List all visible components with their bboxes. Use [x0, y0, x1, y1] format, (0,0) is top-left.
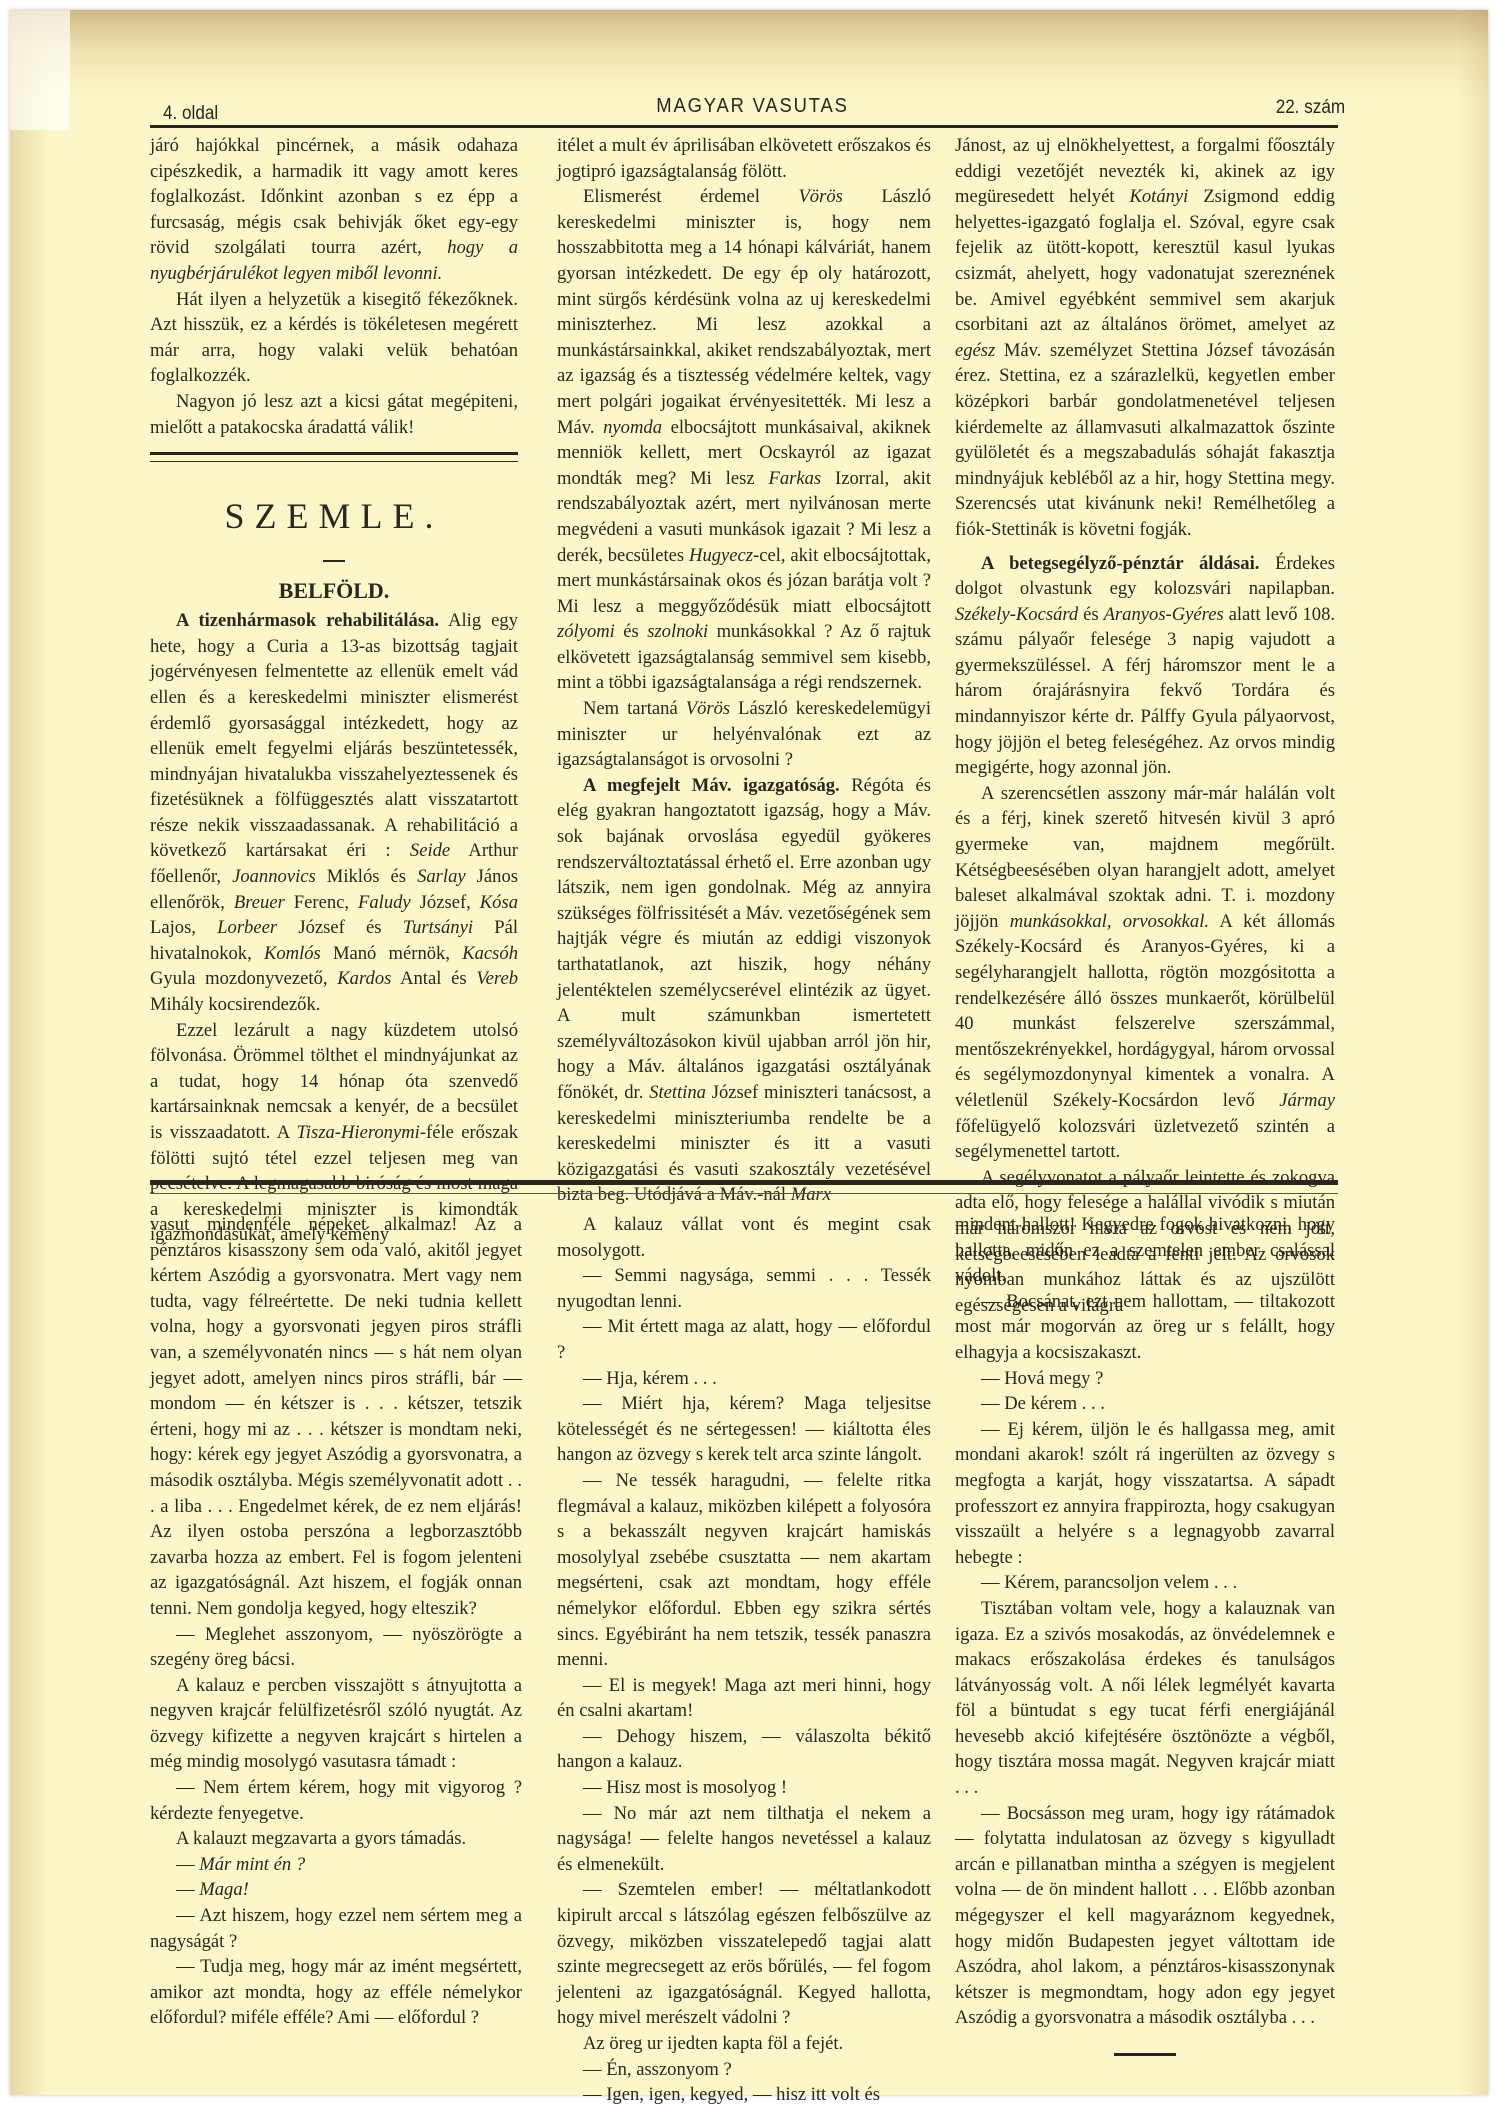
column-5: A kalauz vállat vont és megint csak moso…: [557, 1212, 931, 2105]
paragraph: — Miért hja, kérem? Maga teljesitse köte…: [557, 1391, 931, 1468]
section-title: SZEMLE.: [150, 496, 518, 536]
paragraph: — Mit értett maga az alatt, hogy — előfo…: [557, 1314, 931, 1365]
person-surname: Vereb: [476, 968, 518, 989]
paragraph: — Ej kérem, üljön le és hallgassa meg, a…: [955, 1417, 1335, 1571]
paragraph: itélet a mult év áprilisában elkövetett …: [557, 133, 931, 184]
person-surname: Seide: [410, 840, 450, 861]
person-surname: Lorbeer: [217, 917, 277, 938]
paragraph: — Semmi nagysága, semmi . . . Tessék nyu…: [557, 1263, 931, 1314]
paragraph: — Tudja meg, hogy már az imént megsértet…: [150, 1954, 522, 2031]
section-divider: [150, 1180, 1338, 1194]
issue-number: 22. szám: [1276, 97, 1345, 119]
person-surname: Turtsányi: [403, 917, 473, 938]
article-mav-directorate: A megfejelt Máv. igazgatóság. Régóta és …: [557, 773, 931, 1208]
person-surname: Komlós: [264, 943, 321, 964]
paragraph: — Szemtelen ember! — méltatlankodott kip…: [557, 1877, 931, 2031]
person-surname: Joannovics: [232, 866, 316, 887]
article-title: A tizenhármasok rehabilitálása.: [176, 610, 439, 631]
person-surname: Kacsóh: [462, 943, 518, 964]
paragraph: A szerencsétlen asszony már-már halálán …: [955, 781, 1335, 1165]
article-title: A megfejelt Máv. igazgatóság.: [583, 775, 840, 796]
paragraph: járó hajókkal pincérnek, a másik odahaza…: [150, 133, 518, 287]
paragraph: — Bocsásson meg uram, hogy igy rátámadok…: [955, 1801, 1335, 2031]
paragraph: Elismerést érdemel Vörös László keresked…: [557, 184, 931, 696]
paragraph: vasut mindenféle népeket alkalmaz! Az a …: [150, 1212, 522, 1622]
paragraph: — Hisz most is mosolyog !: [557, 1775, 931, 1801]
paragraph: — Nem értem kérem, hogy mit vigyorog ? k…: [150, 1775, 522, 1826]
end-rule: [1114, 2053, 1176, 2056]
column-6: mindent hallott! Kegyedre fogok hivatkoz…: [955, 1212, 1335, 2056]
title-dash: [323, 560, 345, 562]
paragraph: A kalauz e percben visszajött s átnyujto…: [150, 1673, 522, 1775]
paragraph: — Bocsánat, ezt nem hallottam, — tiltako…: [955, 1289, 1335, 1366]
article-title: A betegsegélyző-pénztár áldásai.: [981, 553, 1259, 574]
paragraph: — Kérem, parancsoljon velem . . .: [955, 1570, 1335, 1596]
header-rule: [150, 125, 1338, 128]
paragraph: Tisztában voltam vele, hogy a kalauznak …: [955, 1596, 1335, 1801]
article-health-fund: A betegsegélyző-pénztár áldásai. Érdekes…: [955, 551, 1335, 781]
page-header: 4. oldal MAGYAR VASUTAS 22. szám: [160, 95, 1345, 135]
column-2: itélet a mult év áprilisában elkövetett …: [557, 133, 931, 1208]
person-surname: Faludy: [358, 892, 411, 913]
paragraph: — Hová megy ?: [955, 1366, 1335, 1392]
paragraph: — Dehogy hiszem, — válaszolta békitő han…: [557, 1724, 931, 1775]
paragraph: mindent hallott! Kegyedre fogok hivatkoz…: [955, 1212, 1335, 1289]
paragraph: — Igen, igen, kegyed, — hisz itt volt és: [557, 2082, 931, 2105]
article-rehabilitation: A tizenhármasok rehabilitálása. Alig egy…: [150, 608, 518, 1018]
paragraph: — Már mint én ?: [150, 1852, 522, 1878]
paragraph: Jánost, az uj elnökhelyettest, a forgalm…: [955, 133, 1335, 543]
paragraph: A kalauz vállat vont és megint csak moso…: [557, 1212, 931, 1263]
person-surname: Kardos: [337, 968, 391, 989]
paragraph: — Maga!: [150, 1877, 522, 1903]
paragraph: — Meglehet asszonyom, — nyöszörögte a sz…: [150, 1622, 522, 1673]
paragraph: — No már azt nem tilthatja el nekem a na…: [557, 1801, 931, 1878]
paragraph: A kalauzt megzavarta a gyors támadás.: [150, 1826, 522, 1852]
paragraph: — Ne tessék haragudni, — felelte ritka f…: [557, 1468, 931, 1673]
paragraph: — Én, asszonyom ?: [557, 2057, 931, 2083]
paragraph: Az öreg ur ijedten kapta föl a fejét.: [557, 2031, 931, 2057]
paragraph: Hát ilyen a helyzetük a kisegitő fékezők…: [150, 287, 518, 389]
paragraph: — Hja, kérem . . .: [557, 1366, 931, 1392]
paragraph: — El is megyek! Maga azt meri hinni, hog…: [557, 1673, 931, 1724]
paragraph: — Azt hiszem, hogy ezzel nem sértem meg …: [150, 1903, 522, 1954]
column-4: vasut mindenféle népeket alkalmaz! Az a …: [150, 1212, 522, 2031]
subsection-title: BELFÖLD.: [150, 576, 518, 606]
person-surname: Sarlay: [417, 866, 466, 887]
person-surname: Breuer: [234, 892, 285, 913]
column-3: Jánost, az uj elnökhelyettest, a forgalm…: [955, 133, 1335, 1318]
article-divider: [150, 452, 518, 462]
column-1: járó hajókkal pincérnek, a másik odahaza…: [150, 133, 518, 1248]
paragraph: Nagyon jó lesz azt a kicsi gátat megépit…: [150, 389, 518, 440]
person-surname: Kósa: [480, 892, 518, 913]
paragraph: Nem tartaná Vörös László kereskedelemügy…: [557, 696, 931, 773]
publication-title: MAGYAR VASUTAS: [207, 95, 1297, 118]
paragraph: — De kérem . . .: [955, 1391, 1335, 1417]
